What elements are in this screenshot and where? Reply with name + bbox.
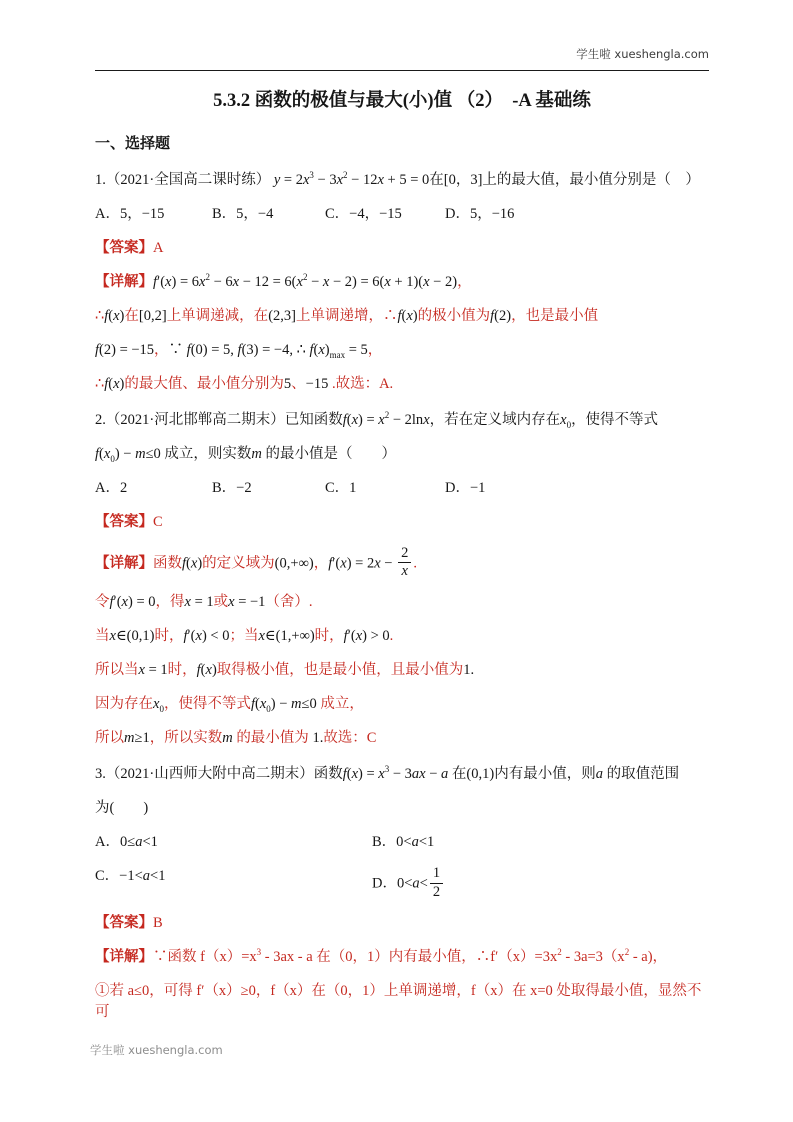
text-segment: 取得极小值，也是最小值，且最小值为 [217, 662, 464, 678]
option: A．5，−15 [95, 204, 212, 225]
site-label-header: 学生啦 xueshengla.com [576, 47, 709, 61]
text-segment: ∈(0,1) [116, 628, 155, 644]
options-row: C．−1<a<1D．0<a<12 [95, 866, 709, 899]
text-segment: 【详解】 [95, 949, 153, 965]
text-segment: ，使得不等式 [164, 696, 251, 712]
fraction-numerator: 2 [398, 546, 411, 563]
text-segment: A [153, 240, 163, 256]
text-segment: B．0< [372, 834, 412, 850]
fraction-denominator: 2 [430, 884, 443, 900]
text-segment: 时， [168, 662, 197, 678]
text-segment: - 3a=3（x [562, 949, 625, 965]
header-divider [95, 70, 709, 71]
text-segment: − [426, 766, 441, 782]
text-segment: 1. [309, 730, 324, 746]
text-segment: ， [314, 555, 329, 571]
text-segment: 的取值范围 [603, 766, 679, 782]
question-stem-line: 1.（2021·全国高二课时练） y = 2x3 − 3x2 − 12x + 5… [95, 170, 709, 191]
text-segment: 在[0，3]上的最大值，最小值分别是（ ） [429, 172, 700, 188]
text-segment: + 5 = 0 [384, 172, 429, 188]
text-segment: 或 [214, 594, 229, 610]
text-segment: . [390, 628, 394, 644]
text-segment: + 1)( [391, 274, 423, 290]
options-row: A．2B．−2C．1D．−1 [95, 478, 709, 499]
question-2: 2.（2021·河北邯郸高二期末）已知函数f(x) = x2 − 2lnx，若在… [95, 410, 709, 749]
text-segment: − 2) [430, 274, 458, 290]
text-segment: (0) = 5, [191, 342, 238, 358]
text-segment: 时， [315, 628, 344, 644]
text-segment: 的最大值、最小值分别为 [124, 376, 284, 392]
detail-line: 所以当x = 1时，f(x)取得极小值，也是最小值，且最小值为1. [95, 660, 709, 681]
text-segment: (3) = −4, ∴ [242, 342, 310, 358]
text-segment: ；当 [229, 628, 258, 644]
text-segment: m [251, 446, 261, 462]
text-segment: ≥1 [134, 730, 149, 746]
detail-line: 因为存在x0，使得不等式f(x0) − m≤0 成立， [95, 694, 709, 715]
option: C．1 [325, 478, 445, 499]
text-segment: − [381, 555, 396, 571]
worksheet-page: 学生啦 xueshengla.com 5.3.2 函数的极值与最大(小)值 （2… [0, 0, 793, 1122]
detail-line: 令f′(x) = 0，得x = 1或x = −1（舍）. [95, 592, 709, 613]
text-segment: 当 [95, 628, 110, 644]
options-row: A．5，−15B．5，−4C．−4，−15D．5，−16 [95, 204, 709, 225]
section-heading: 一、选择题 [95, 132, 709, 153]
text-segment: m [291, 696, 301, 712]
text-segment: ∈(1,+∞) [265, 628, 315, 644]
text-segment: D．0< [372, 876, 412, 892]
text-segment: ′( [348, 628, 356, 644]
text-segment: ∴ [95, 308, 104, 324]
text-segment: 为( ) [95, 800, 148, 816]
text-segment: ， [368, 342, 383, 358]
page-footer: 学生啦 xueshengla.com [90, 1042, 223, 1058]
answer-line: 【答案】C [95, 512, 709, 533]
text-segment: 的最小值为 [233, 730, 309, 746]
text-segment: − 3 [389, 766, 412, 782]
text-segment: ∵函数 f（x）=x [153, 949, 257, 965]
text-segment: max [330, 350, 345, 360]
text-segment: ，得 [156, 594, 185, 610]
text-segment: （舍）. [265, 594, 312, 610]
detail-line: f(2) = −15，∵ f(0) = 5, f(3) = −4, ∴ f(x)… [95, 340, 709, 361]
text-segment: 因为存在 [95, 696, 153, 712]
text-segment: −15 [306, 376, 329, 392]
text-segment: C [153, 514, 163, 530]
fraction-numerator: 1 [430, 866, 443, 883]
option: D．−1 [445, 478, 485, 499]
text-segment: A．5，−15 [95, 206, 164, 222]
text-segment: (2) [494, 308, 511, 324]
text-segment: - 3ax - a 在（0，1）内有最小值，∴f′（x）=3x [261, 949, 557, 965]
text-segment: ) < 0 [202, 628, 230, 644]
text-segment: ，使得不等式 [571, 412, 658, 428]
text-segment: 故选：C [323, 730, 376, 746]
text-segment: 时， [154, 628, 183, 644]
question-3: 3.（2021·山西师大附中高二期末）函数f(x) = x3 − 3ax − a… [95, 764, 709, 1022]
text-segment: B [153, 915, 163, 931]
document-body: 5.3.2 函数的极值与最大(小)值 （2） -A 基础练 一、选择题 1.（2… [95, 78, 709, 1036]
text-segment: (2) = −15 [99, 342, 154, 358]
text-segment: ∵ [169, 342, 187, 358]
text-segment: B．5，−4 [212, 206, 273, 222]
text-segment: 的最小值是（ ） [262, 446, 396, 462]
text-segment: = 1 [145, 662, 168, 678]
text-segment: − 2ln [389, 412, 423, 428]
text-segment: <1 [142, 834, 157, 850]
question-stem-line: f(x0) − m≤0 成立，则实数m 的最小值是（ ） [95, 444, 709, 465]
text-segment: a [412, 834, 419, 850]
option: C．−1<a<1 [95, 866, 372, 899]
text-segment: 【详解】 [95, 274, 153, 290]
text-segment: ≤0 [146, 446, 165, 462]
text-segment: = 2 [280, 172, 303, 188]
text-segment: < [420, 876, 428, 892]
option: D．0<a<12 [372, 866, 445, 899]
text-segment: . [413, 555, 417, 571]
text-segment: C．−1< [95, 868, 143, 884]
text-segment: = −1 [235, 594, 266, 610]
text-segment: ′( [187, 628, 195, 644]
question-stem-line: 3.（2021·山西师大附中高二期末）函数f(x) = x3 − 3ax − a… [95, 764, 709, 785]
option: C．−4，−15 [325, 204, 445, 225]
text-segment: ′( [114, 594, 122, 610]
text-segment: (0,+∞) [275, 555, 314, 571]
option: B．−2 [212, 478, 325, 499]
text-segment: 在 [124, 308, 139, 324]
text-segment: .故选：A. [328, 376, 393, 392]
options-row: A．0≤a<1B．0<a<1 [95, 832, 709, 853]
detail-line: 【详解】f′(x) = 6x2 − 6x − 12 = 6(x2 − x − 2… [95, 272, 709, 293]
text-segment: ，也是最小值 [511, 308, 598, 324]
text-segment: ①若 a≤0，可得 f′（x）≥0，f（x）在（0，1）上单调递增，f（x）在 … [95, 983, 701, 1020]
text-segment: 、 [291, 376, 306, 392]
detail-line: ∴f(x)在[0,2]上单调递减，在(2,3]上单调递增，∴f(x)的极小值为f… [95, 306, 709, 327]
text-segment: <1 [150, 868, 165, 884]
text-segment: 1. [463, 662, 474, 678]
page-title: 5.3.2 函数的极值与最大(小)值 （2） -A 基础练 [95, 86, 709, 112]
text-segment: − 2) = 6( [329, 274, 384, 290]
question-stem-line: 2.（2021·河北邯郸高二期末）已知函数f(x) = x2 − 2lnx，若在… [95, 410, 709, 431]
text-segment: ) = 6 [171, 274, 199, 290]
text-segment: ，所以实数 [150, 730, 223, 746]
detail-line: ①若 a≤0，可得 f′（x）≥0，f（x）在（0，1）上单调递增，f（x）在 … [95, 981, 709, 1023]
text-segment: 所以 [95, 730, 124, 746]
text-segment: 【答案】 [95, 514, 153, 530]
text-segment: ) = 0 [128, 594, 156, 610]
text-segment: a [596, 766, 603, 782]
text-segment: A．2 [95, 480, 127, 496]
text-segment: 2.（2021·河北邯郸高二期末）已知函数 [95, 412, 343, 428]
text-segment: ) − [271, 696, 291, 712]
text-segment: ) = [358, 766, 378, 782]
text-segment: m [124, 730, 134, 746]
text-segment: ， [154, 342, 169, 358]
text-segment: m [222, 730, 232, 746]
detail-line: ∴f(x)的最大值、最小值分别为5、−15 .故选：A. [95, 374, 709, 395]
text-segment: 令 [95, 594, 110, 610]
text-segment: m [135, 446, 145, 462]
detail-line: 【详解】函数f(x)的定义域为(0,+∞)，f′(x) = 2x − 2x. [95, 546, 709, 579]
text-segment: ，若在定义域内存在 [430, 412, 561, 428]
text-segment: 【答案】 [95, 915, 153, 931]
text-segment: C．1 [325, 480, 356, 496]
text-segment: − [307, 274, 322, 290]
text-segment: a [412, 876, 419, 892]
page-header: 学生啦 xueshengla.com [95, 46, 709, 62]
fraction-denominator: x [398, 563, 411, 579]
text-segment: A．0≤ [95, 834, 135, 850]
text-segment: − 12 [348, 172, 378, 188]
text-segment: ) > 0 [362, 628, 390, 644]
text-segment: = 5 [345, 342, 368, 358]
text-segment: 成立，则实数 [164, 446, 251, 462]
text-segment: 成立， [320, 696, 364, 712]
text-segment: ≤0 [302, 696, 321, 712]
text-segment: ∴ [383, 308, 398, 324]
option: D．5，−16 [445, 204, 514, 225]
text-segment: ′( [157, 274, 165, 290]
detail-line: 当x∈(0,1)时，f′(x) < 0；当x∈(1,+∞)时，f′(x) > 0… [95, 626, 709, 647]
text-segment: C．−4，−15 [325, 206, 402, 222]
text-segment: 【详解】 [95, 555, 153, 571]
text-segment: ) − [115, 446, 135, 462]
text-segment: a [143, 868, 150, 884]
fraction: 2x [398, 546, 411, 579]
text-segment: 内有最小值，则 [494, 766, 596, 782]
text-segment: [0,2] [139, 308, 167, 324]
text-segment: (2,3] [268, 308, 296, 324]
text-segment: 的定义域为 [202, 555, 275, 571]
answer-line: 【答案】A [95, 238, 709, 259]
text-segment: - a)， [629, 949, 667, 965]
text-segment: <1 [419, 834, 434, 850]
text-segment: ， [457, 274, 472, 290]
answer-line: 【答案】B [95, 913, 709, 934]
text-segment: 所以当 [95, 662, 139, 678]
text-segment: 3.（2021·山西师大附中高二期末）函数 [95, 766, 343, 782]
option: A．2 [95, 478, 212, 499]
text-segment: 在 [448, 766, 466, 782]
text-segment: 函数 [153, 555, 182, 571]
text-segment: 上单调递减，在 [167, 308, 269, 324]
text-segment: 上单调递增， [296, 308, 383, 324]
text-segment: − 12 = 6( [239, 274, 296, 290]
text-segment: ) = 2 [347, 555, 375, 571]
text-segment: − 3 [314, 172, 337, 188]
text-segment: 的极小值为 [418, 308, 491, 324]
text-segment: ax [412, 766, 426, 782]
detail-line: 所以m≥1，所以实数m 的最小值为 1.故选：C [95, 728, 709, 749]
text-segment: − 6 [210, 274, 233, 290]
option: B．5，−4 [212, 204, 325, 225]
text-segment: 1.（2021·全国高二课时练） [95, 172, 274, 188]
question-1: 1.（2021·全国高二课时练） y = 2x3 − 3x2 − 12x + 5… [95, 170, 709, 395]
text-segment: 【答案】 [95, 240, 153, 256]
questions: 1.（2021·全国高二课时练） y = 2x3 − 3x2 − 12x + 5… [95, 170, 709, 1023]
text-segment: = 1 [191, 594, 214, 610]
text-segment: D．5，−16 [445, 206, 514, 222]
text-segment: B．−2 [212, 480, 252, 496]
text-segment: ∴ [95, 376, 104, 392]
option: B．0<a<1 [372, 832, 434, 853]
text-segment: (0,1) [466, 766, 494, 782]
site-label-footer: 学生啦 xueshengla.com [90, 1043, 223, 1057]
option: A．0≤a<1 [95, 832, 372, 853]
detail-line: 【详解】∵函数 f（x）=x3 - 3ax - a 在（0，1）内有最小值，∴f… [95, 947, 709, 968]
fraction: 12 [430, 866, 443, 899]
question-stem-line: 为( ) [95, 798, 709, 819]
text-segment: ) = [358, 412, 378, 428]
text-segment: D．−1 [445, 480, 485, 496]
